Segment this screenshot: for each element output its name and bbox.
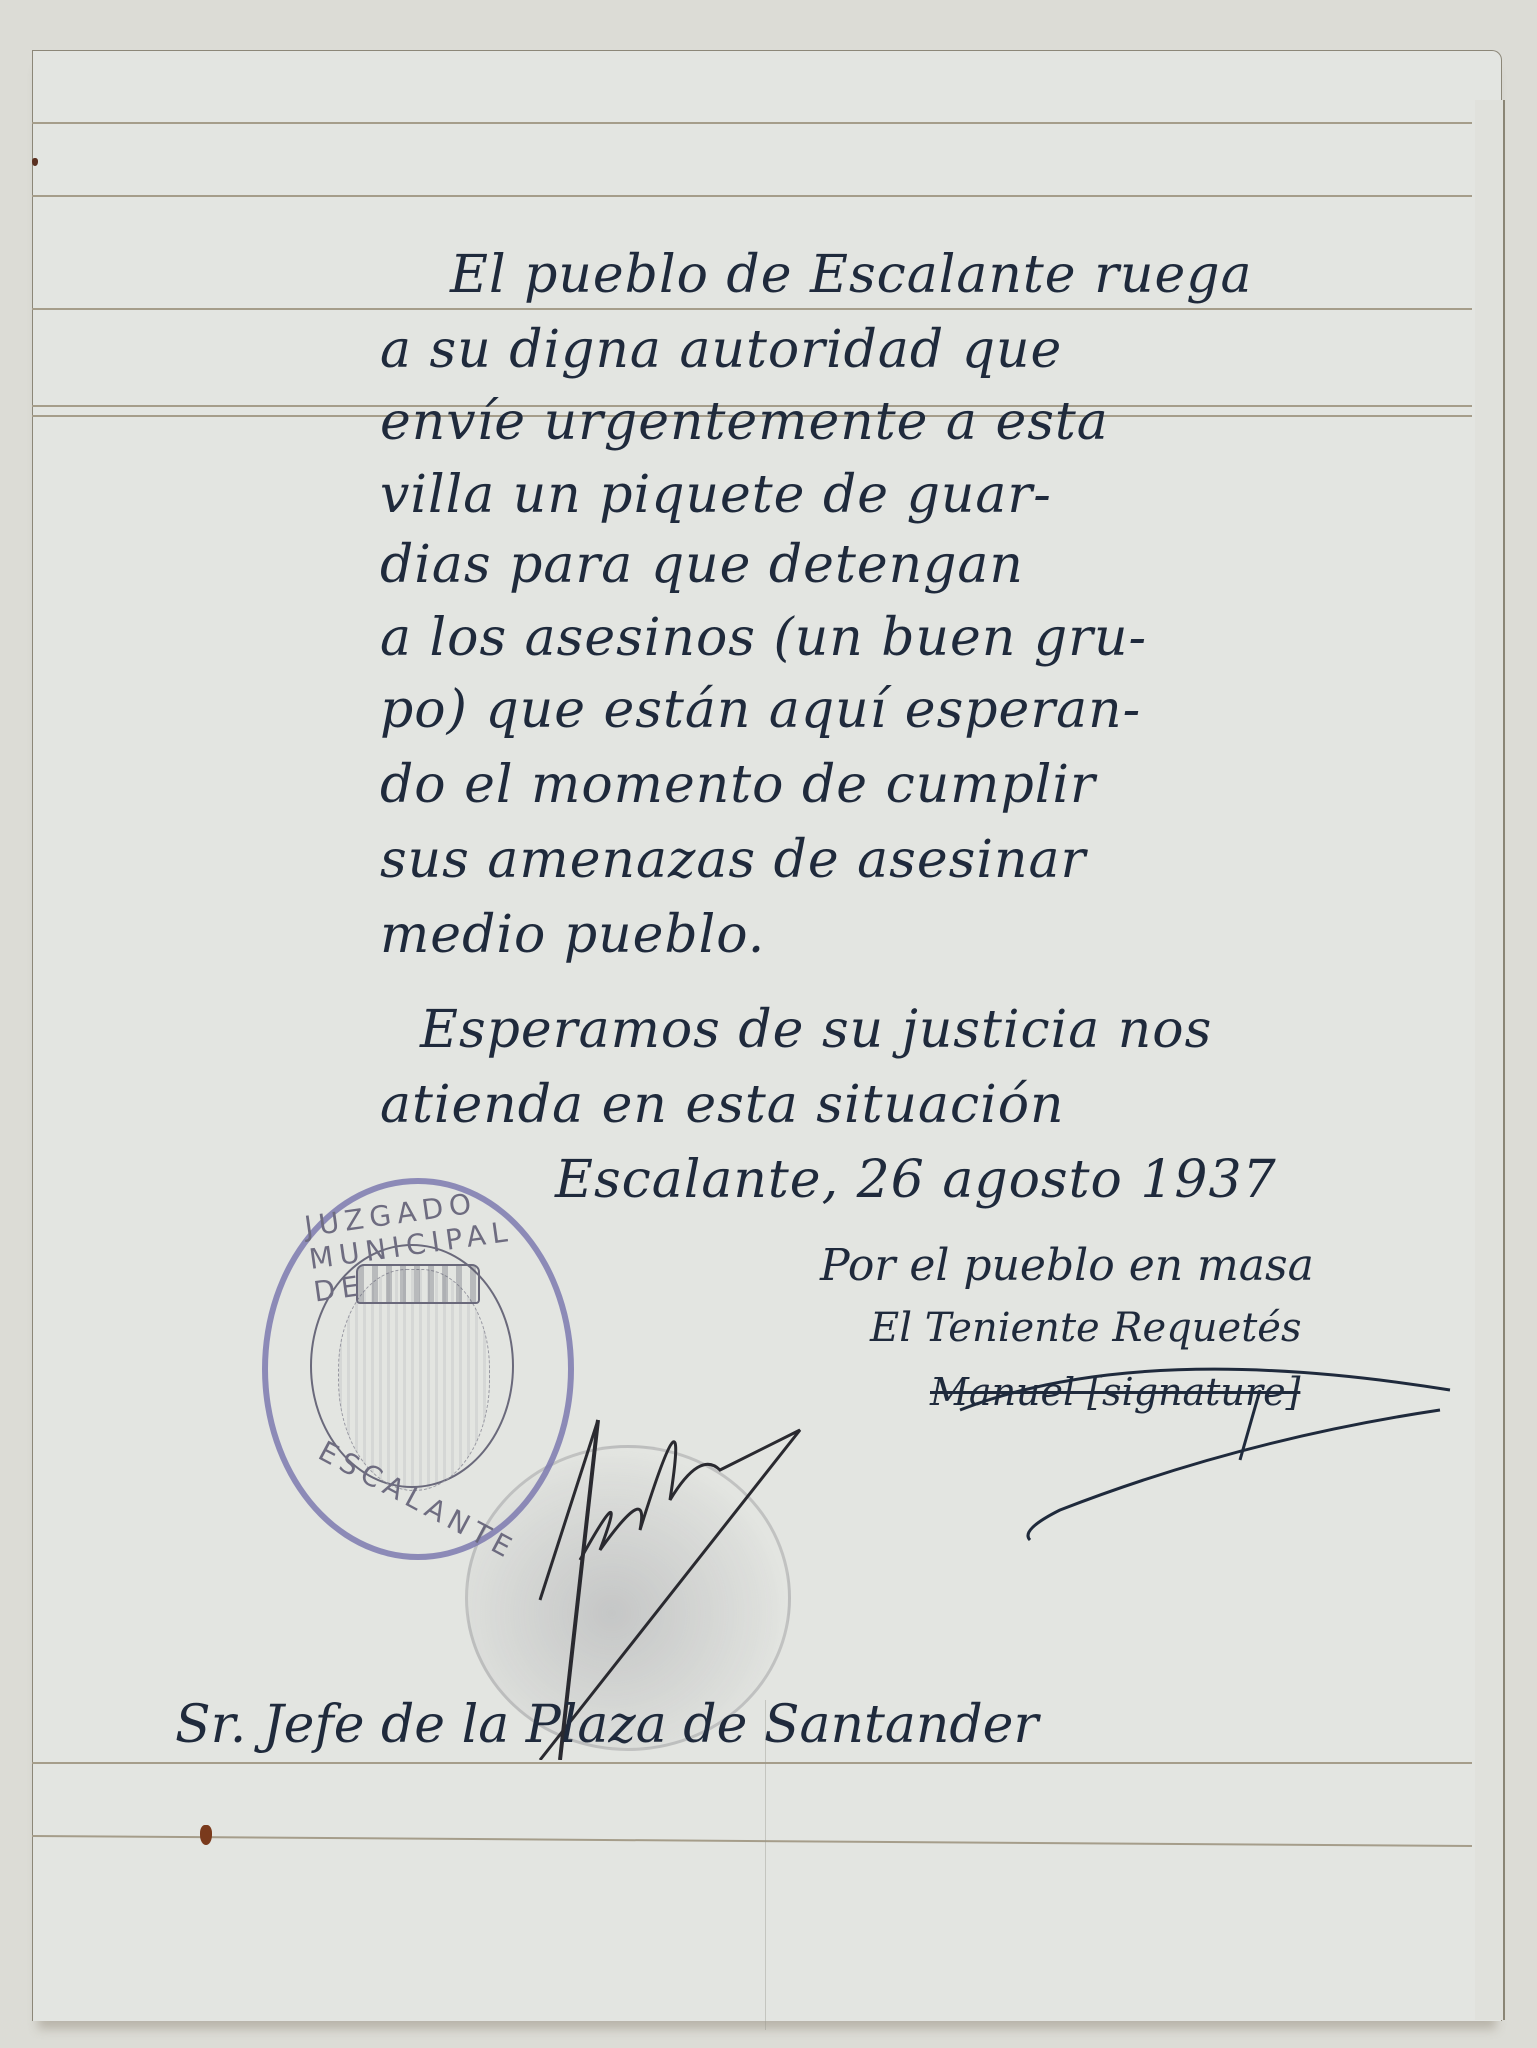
margin-mark [32,158,38,166]
body-line: envíe urgentemente a esta [380,392,1109,452]
body-line: a los asesinos (un buen gru- [380,608,1147,668]
closing-line: Esperamos de su justicia nos [420,1000,1212,1060]
ruled-line [32,122,1472,124]
addressee-line: Sr. Jefe de la Plaza de Santander [175,1695,1038,1755]
ruled-line [32,308,1472,310]
place-date: Escalante, 26 agosto 1937 [555,1150,1277,1210]
ruled-line [32,195,1472,197]
rust-stain [200,1825,212,1845]
paper-fold-crease [765,1700,766,2030]
ruled-line [32,1762,1472,1764]
body-line: El pueblo de Escalante ruega [450,245,1253,305]
body-line: a su digna autoridad que [380,320,1062,380]
body-line: do el momento de cumplir [380,755,1096,815]
body-line: villa un piquete de guar- [380,465,1052,525]
closing-line: atienda en esta situación [380,1075,1065,1135]
body-line: dias para que detengan [380,535,1024,595]
body-line: sus amenazas de asesinar [380,830,1086,890]
body-line: po) que están aquí esperan- [380,680,1141,740]
paper-fold-edge [1475,100,1505,2020]
on-behalf-line: Por el pueblo en masa [820,1240,1314,1291]
body-line: medio pueblo. [380,905,765,965]
signer-1: El Teniente Requetés [870,1305,1302,1351]
signature-flourish-icon [940,1350,1460,1550]
